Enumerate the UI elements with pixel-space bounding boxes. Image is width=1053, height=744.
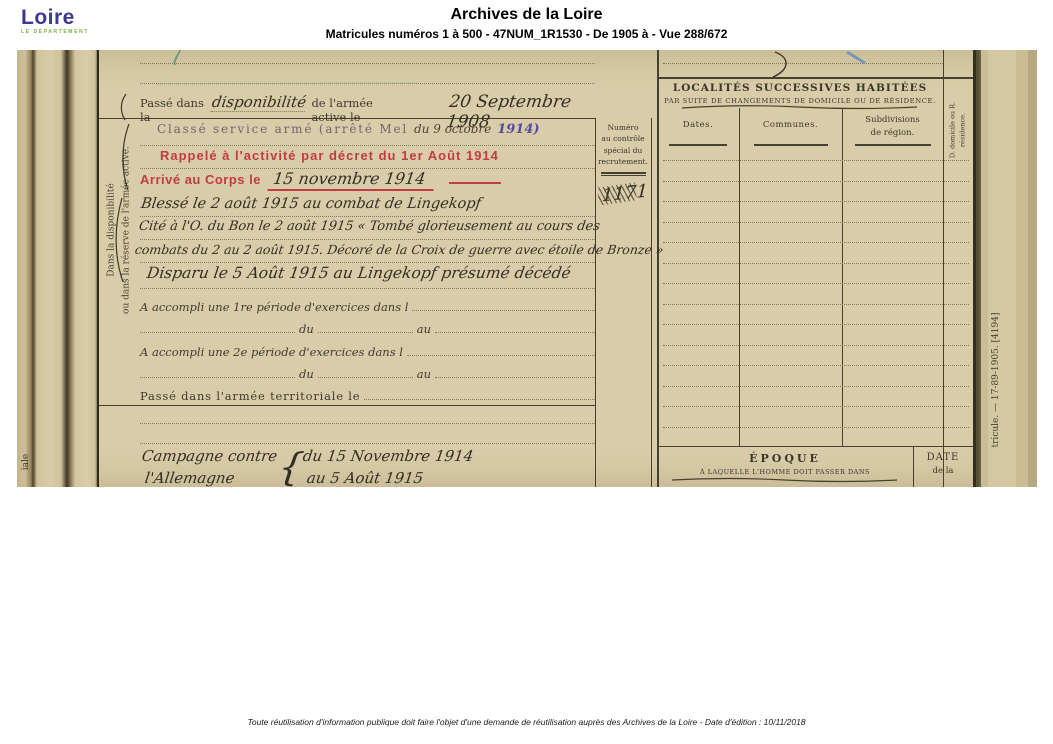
campagne-right-1: du 15 Novembre 1914	[302, 447, 475, 465]
campagne-right-2: au 5 Août 1915	[306, 469, 425, 487]
campagne-left-2: l'Allemagne	[144, 469, 236, 487]
note-line: Cité à l'O. du Bon le 2 août 1915 « Tomb…	[138, 219, 601, 234]
reuse-notice: Toute réutilisation d'information publiq…	[0, 717, 1053, 727]
document-scan: iale Dans la disponibilité ou dans la ré…	[17, 50, 1037, 487]
page-subtitle: Matricules numéros 1 à 500 - 47NUM_1R153…	[0, 27, 1053, 41]
page-title: Archives de la Loire	[0, 6, 1053, 24]
note-line: combats du 2 au 2 août 1915. Décoré de l…	[134, 242, 665, 257]
note-line: Disparu le 5 Août 1915 au Lingekopf prés…	[146, 264, 572, 282]
archive-viewer-page: { "header": { "logo_title": "Loire", "lo…	[0, 0, 1053, 744]
note-line: Blessé le 2 août 1915 au combat de Linge…	[140, 196, 482, 212]
campagne-left-1: Campagne contre	[141, 447, 279, 465]
